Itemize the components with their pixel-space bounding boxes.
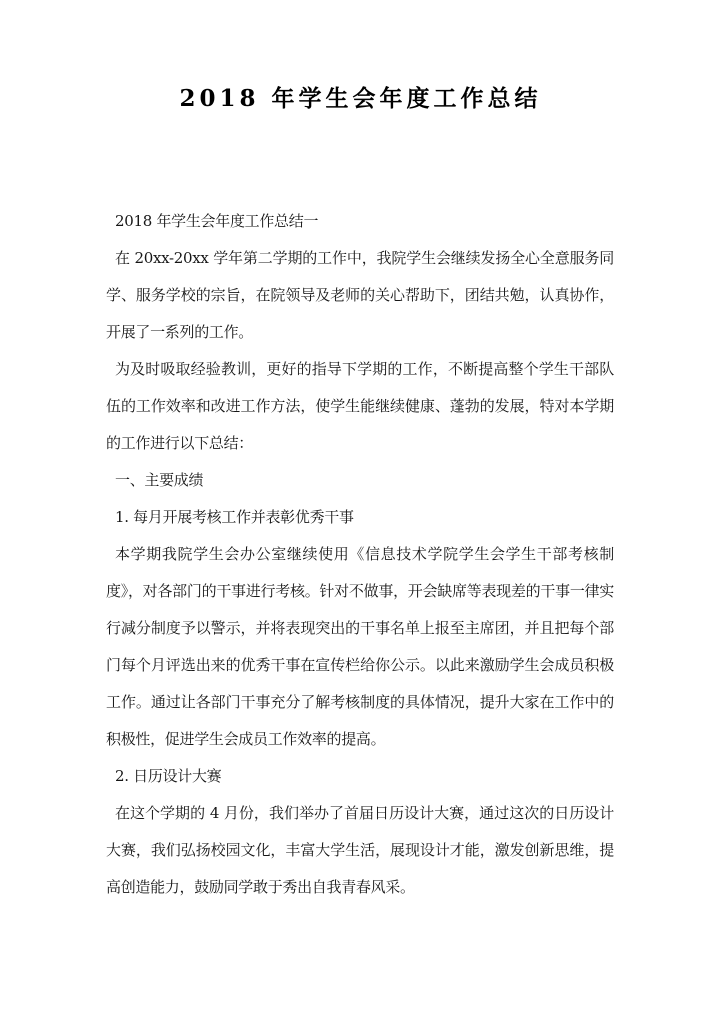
subtitle-part-one-line: 2018 年学生会年度工作总结一 <box>106 203 614 240</box>
document-page: 2018 年学生会年度工作总结 2018 年学生会年度工作总结一 在 20xx-… <box>0 0 721 1020</box>
monthly-assessment-paragraph: 本学期我院学生会办公室继续使用《信息技术学院学生会学生干部考核制度》，对各部门的… <box>106 536 614 758</box>
item-heading-monthly-assessment: 1. 每月开展考核工作并表彰优秀干事 <box>106 499 614 536</box>
section-heading-main-achievements: 一、主要成绩 <box>106 462 614 499</box>
calendar-design-contest-paragraph: 在这个学期的 4 月份，我们举办了首届日历设计大赛，通过这次的日历设计大赛，我们… <box>106 795 614 906</box>
item-heading-calendar-design-contest: 2. 日历设计大赛 <box>106 758 614 795</box>
document-title: 2018 年学生会年度工作总结 <box>0 0 721 112</box>
intro-paragraph: 在 20xx-20xx 学年第二学期的工作中，我院学生会继续发扬全心全意服务同学… <box>106 240 614 351</box>
summary-purpose-paragraph: 为及时吸取经验教训，更好的指导下学期的工作，不断提高整个学生干部队伍的工作效率和… <box>106 351 614 462</box>
document-body: 2018 年学生会年度工作总结一 在 20xx-20xx 学年第二学期的工作中，… <box>106 203 614 906</box>
